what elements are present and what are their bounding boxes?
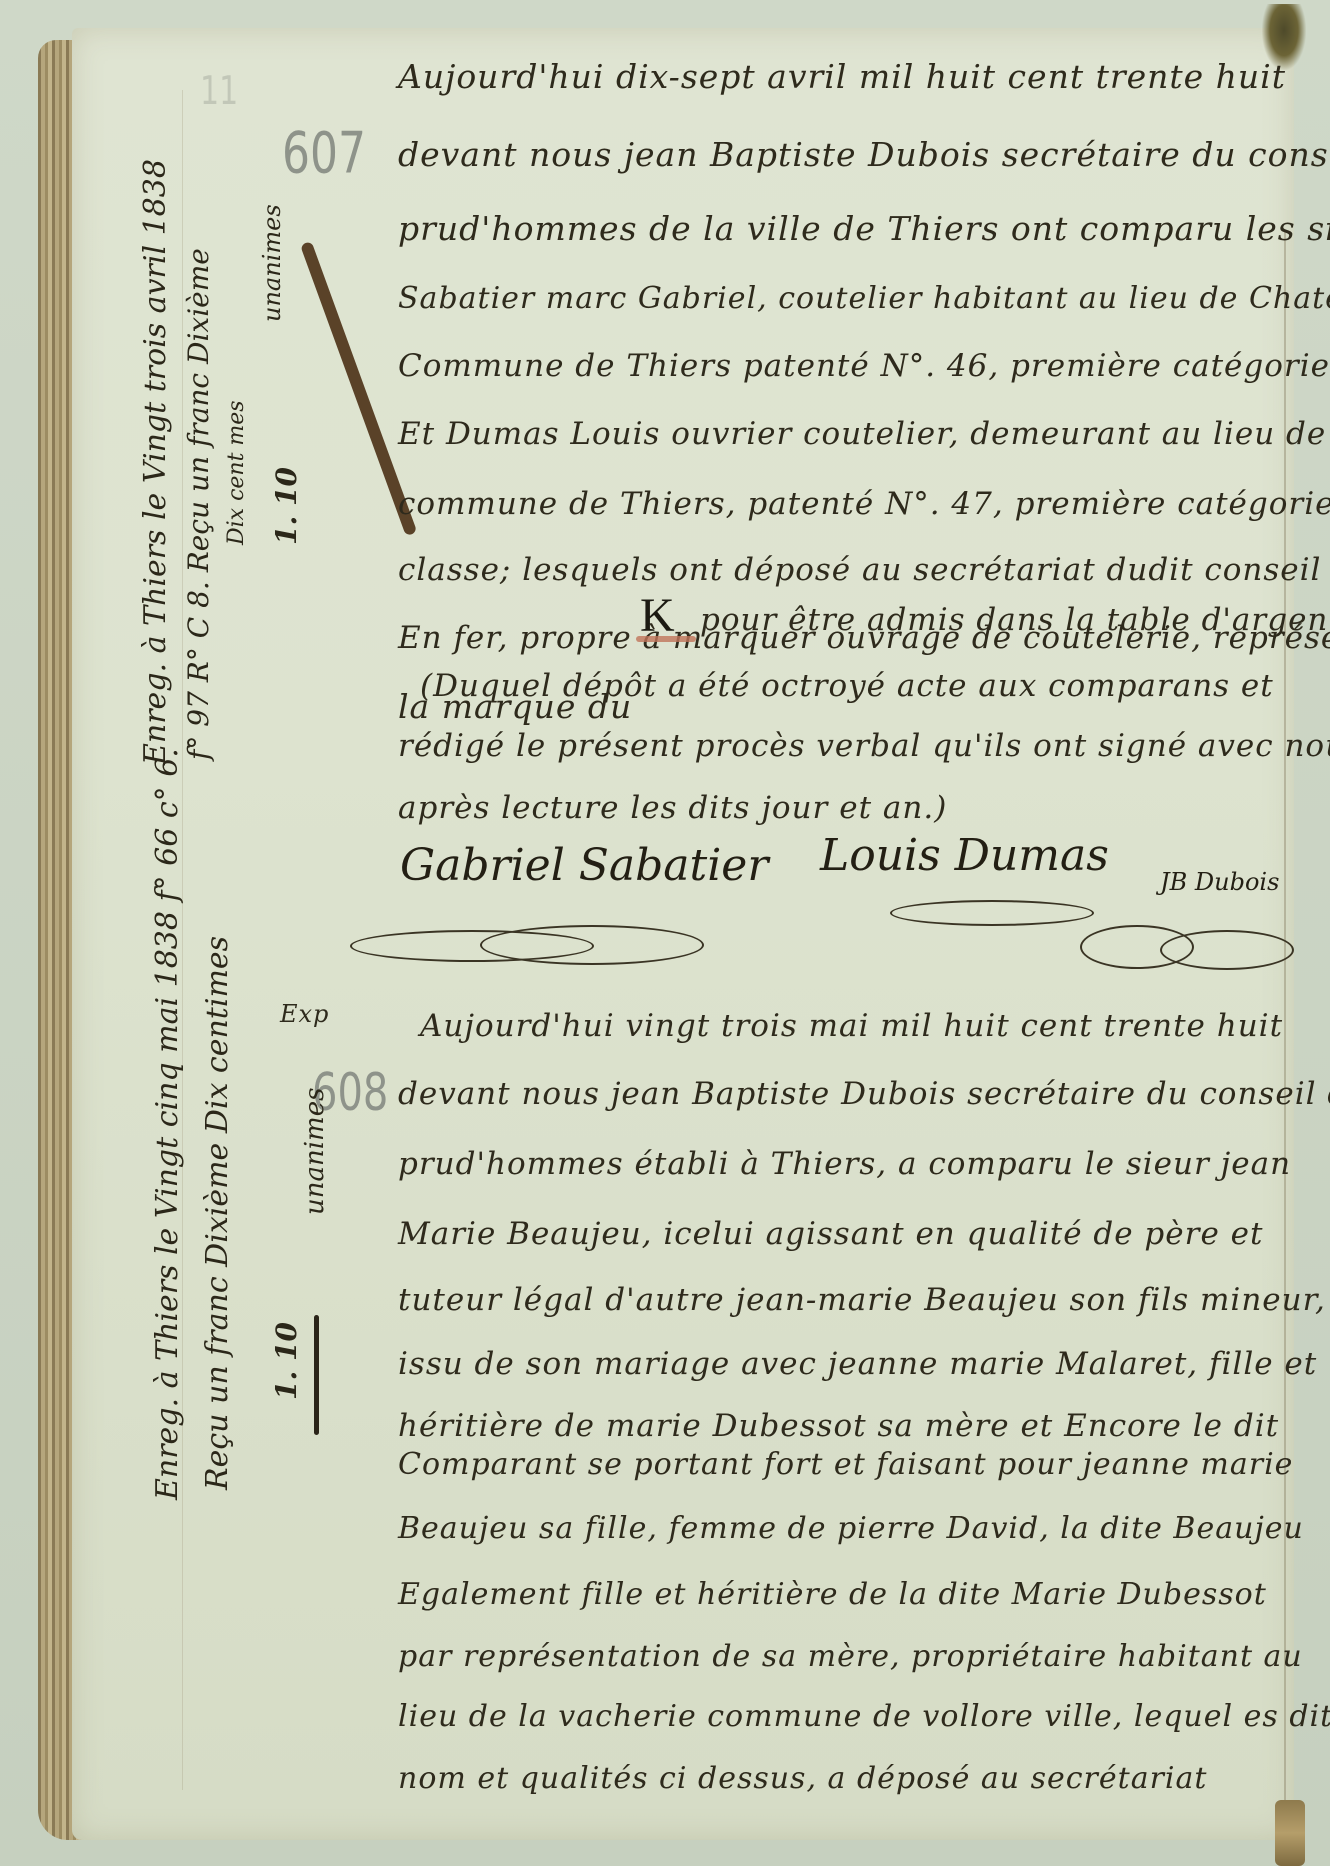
margin-note-1-line: Dix cent mes bbox=[224, 400, 249, 545]
ink-tick-mark bbox=[314, 1315, 319, 1435]
gutter-shadow bbox=[1284, 230, 1286, 1810]
signature-jb-dubois: JB Dubois bbox=[1160, 868, 1279, 896]
margin-note-2-amount: 1. 10 bbox=[270, 1322, 303, 1400]
signature-flourish bbox=[1160, 930, 1294, 970]
entry-1-line-4: Sabatier marc Gabriel, coutelier habitan… bbox=[398, 282, 1330, 315]
entry-1-line-11: pour être admis dans la table d'argent. bbox=[700, 604, 1330, 637]
signature-flourish bbox=[890, 900, 1094, 926]
entry-2-line-8: Comparant se portant fort et faisant pou… bbox=[398, 1448, 1293, 1481]
faint-page-mark: 11 bbox=[200, 69, 238, 115]
margin-note-2-line: Enreg. à Thiers le Vingt cinq mai 1838 f… bbox=[150, 748, 185, 1500]
entry-1-line-5: Commune de Thiers patenté N°. 46, premiè… bbox=[398, 350, 1330, 383]
margin-note-1-amount: 1. 10 bbox=[270, 467, 303, 545]
margin-note-1-side-word: unanimes bbox=[258, 204, 286, 322]
entry-1-line-14: après lecture les dits jour et an.) bbox=[398, 792, 947, 825]
entry-2-line-5: tuteur légal d'autre jean-marie Beaujeu … bbox=[398, 1284, 1326, 1317]
page-number-607: 607 bbox=[282, 120, 366, 186]
entry-2-line-6: issu de son mariage avec jeanne marie Ma… bbox=[398, 1348, 1317, 1381]
entry-2-line-3: prud'hommes établi à Thiers, a comparu l… bbox=[398, 1148, 1291, 1181]
entry-1-line-1: Aujourd'hui dix-sept avril mil huit cent… bbox=[398, 60, 1286, 93]
cutler-mark-k: K bbox=[640, 588, 675, 643]
margin-note-1-line: f° 97 R° C 8. Reçu un franc Dixième bbox=[182, 248, 215, 760]
entry-2-line-10: Egalement fille et héritière de la dite … bbox=[398, 1578, 1267, 1611]
entry-2-line-9: Beaujeu sa fille, femme de pierre David,… bbox=[398, 1512, 1304, 1545]
entry-1-line-8: classe; lesquels ont déposé au secrétari… bbox=[398, 554, 1330, 587]
signature-louis-dumas: Louis Dumas bbox=[820, 830, 1109, 881]
entry-1-line-2: devant nous jean Baptiste Dubois secréta… bbox=[398, 138, 1330, 171]
entry-1-line-3: prud'hommes de la ville de Thiers ont co… bbox=[398, 212, 1330, 245]
entry-2-line-11: par représentation de sa mère, propriéta… bbox=[398, 1640, 1303, 1673]
entry-2-line-7: héritière de marie Dubessot sa mère et E… bbox=[398, 1410, 1279, 1443]
margin-note-1-line: Enreg. à Thiers le Vingt trois avril 183… bbox=[138, 159, 173, 765]
binding-thread-bottom bbox=[1275, 1800, 1305, 1866]
entry-1-line-13: rédigé le présent procès verbal qu'ils o… bbox=[398, 730, 1330, 763]
entry-2-line-13: nom et qualités ci dessus, a déposé au s… bbox=[398, 1762, 1207, 1795]
entry-2-line-12: lieu de la vacherie commune de vollore v… bbox=[398, 1700, 1330, 1733]
entry-2-line-4: Marie Beaujeu, icelui agissant en qualit… bbox=[398, 1218, 1263, 1251]
entry-2-line-2: devant nous jean Baptiste Dubois secréta… bbox=[398, 1078, 1330, 1111]
entry-1-line-12: (Duquel dépôt a été octroyé acte aux com… bbox=[420, 670, 1274, 703]
margin-note-2-exp: Exp bbox=[280, 1000, 329, 1028]
signature-gabriel-sabatier: Gabriel Sabatier bbox=[400, 840, 768, 891]
margin-note-2-side-word: unanimes bbox=[300, 1088, 330, 1215]
margin-note-2-line: Reçu un franc Dixième Dix centimes bbox=[200, 936, 235, 1490]
mark-red-underline bbox=[636, 636, 696, 642]
entry-1-line-6: Et Dumas Louis ouvrier coutelier, demeur… bbox=[398, 418, 1330, 451]
entry-2-line-1: Aujourd'hui vingt trois mai mil huit cen… bbox=[420, 1010, 1283, 1043]
signature-flourish bbox=[480, 925, 704, 965]
entry-1-line-7: commune de Thiers, patenté N°. 47, premi… bbox=[398, 488, 1330, 521]
